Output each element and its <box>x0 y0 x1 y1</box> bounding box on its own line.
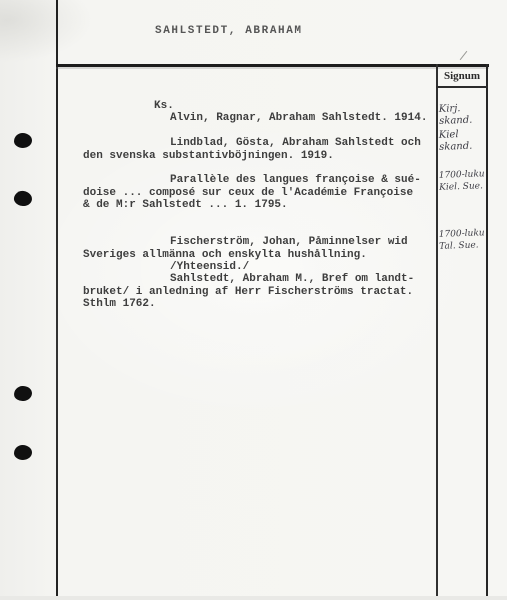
body-line: Ks. <box>83 100 435 112</box>
body-line: Sthlm 1762. <box>83 298 435 310</box>
signum-note: Kirj. skand. <box>439 102 488 128</box>
body-line <box>83 162 435 174</box>
header-rule <box>56 64 489 67</box>
signum-column-header: Signum <box>436 70 488 82</box>
body-line: /Yhteensid./ <box>83 261 435 273</box>
signum-note-line: Tal. Sue. <box>439 240 487 253</box>
signum-note: 1700-luku Tal. Sue. <box>439 228 488 253</box>
body-line <box>83 212 435 224</box>
punch-hole <box>13 385 32 402</box>
signum-note-line: Kiel. Sue. <box>439 181 487 194</box>
signum-note-line: skand. <box>439 114 487 128</box>
signum-note-line: 1700-luku <box>439 228 487 241</box>
signum-note-line: 1700-luku <box>439 169 487 182</box>
body-line: Fischerström, Johan, Påminnelser wid <box>83 236 435 248</box>
scan-bottom-edge <box>0 596 507 600</box>
body-line: doise ... composé sur ceux de l'Académie… <box>83 187 435 199</box>
card-body-text: Ks.Alvin, Ragnar, Abraham Sahlstedt. 191… <box>83 100 435 311</box>
card-left-border <box>56 0 58 596</box>
punch-hole <box>13 190 33 207</box>
punch-hole <box>14 445 32 460</box>
body-line: Lindblad, Gösta, Abraham Sahlstedt och <box>83 137 435 149</box>
signum-column-left-border <box>436 64 438 596</box>
body-line: & de M:r Sahlstedt ... 1. 1795. <box>83 199 435 211</box>
punch-hole <box>14 133 32 148</box>
body-line: Sveriges allmänna och enskylta hushållni… <box>83 249 435 261</box>
body-line <box>83 224 435 236</box>
scanned-catalog-card-page: SAHLSTEDT, ABRAHAM Signum Ks.Alvin, Ragn… <box>0 0 507 600</box>
body-line: Sahlstedt, Abraham M., Bref om landt- <box>83 273 435 285</box>
signum-note: 1700-luku Kiel. Sue. <box>439 169 488 194</box>
body-line <box>83 125 435 137</box>
body-line: Alvin, Ragnar, Abraham Sahlstedt. 1914. <box>83 112 435 124</box>
signum-note-line: skand. <box>439 140 487 154</box>
pencil-mark <box>460 51 468 60</box>
card-heading: SAHLSTEDT, ABRAHAM <box>155 25 303 37</box>
body-line: den svenska substantivböjningen. 1919. <box>83 150 435 162</box>
body-line: Parallèle des langues françoise & sué- <box>83 174 435 186</box>
body-line: bruket/ i anledning af Herr Fischerström… <box>83 286 435 298</box>
signum-note: Kiel skand. <box>439 128 488 154</box>
signum-header-underline <box>436 86 488 88</box>
